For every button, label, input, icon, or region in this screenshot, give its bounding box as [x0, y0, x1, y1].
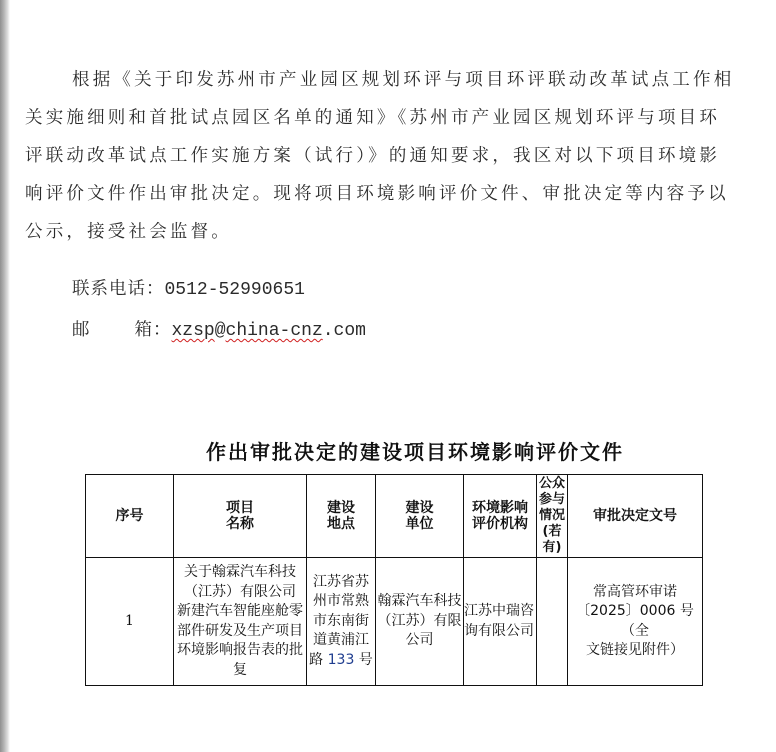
cell-eia-agency: 江苏中瑞咨 询有限公司	[464, 558, 537, 686]
header-public-participation: 公众 参与 情况 (若 有)	[537, 475, 568, 558]
header-builder: 建设 单位	[376, 475, 464, 558]
email-label-char-2: 箱：	[135, 320, 172, 340]
eia-approval-table: 序号 项目 名称 建设 地点 建设 单位 环境影响 评价机构 公众 参与 情况 …	[85, 474, 703, 686]
table-row: 1 关于翰霖汽车科技 （江苏）有限公司 新建汽车智能座舱零 部件研发及生产项目 …	[86, 558, 703, 686]
paragraph-line: 评联动改革试点工作实施方案（试行）》的通知要求，我区对以下项目环境影	[25, 138, 725, 174]
header-project-name: 项目 名称	[174, 475, 307, 558]
paragraph-line: 响评价文件作出审批决定。现将项目环境影响评价文件、审批决定等内容予以	[25, 176, 725, 212]
cell-public-participation	[537, 558, 568, 686]
cell-location: 江苏省苏 州市常熟 市东南街 道黄浦江 路 133 号	[307, 558, 376, 686]
email-address[interactable]: xzsp@china-cnz.com	[172, 321, 366, 341]
header-location: 建设 地点	[307, 475, 376, 558]
paragraph-line: 根据《关于印发苏州市产业园区规划环评与项目环评联动改革试点工作相	[72, 62, 772, 98]
cell-project-name: 关于翰霖汽车科技 （江苏）有限公司 新建汽车智能座舱零 部件研发及生产项目 环境…	[174, 558, 307, 686]
header-seq: 序号	[86, 475, 174, 558]
table-header-row: 序号 项目 名称 建设 地点 建设 单位 环境影响 评价机构 公众 参与 情况 …	[86, 475, 703, 558]
page-edge-shadow	[0, 0, 10, 752]
cell-builder: 翰霖汽车科技 （江苏）有限 公司	[376, 558, 464, 686]
table-title: 作出审批决定的建设项目环境影响评价文件	[0, 436, 776, 465]
paragraph-line: 公示，接受社会监督。	[25, 214, 725, 250]
email-domain: china-cnz	[226, 321, 323, 341]
contact-email: 邮箱：xzsp@china-cnz.com	[72, 316, 366, 341]
cell-approval-number: 常高管环审诺 〔2025〕0006 号（全 文链接见附件）	[568, 558, 703, 686]
email-label-char-1: 邮	[72, 320, 91, 340]
header-approval-number: 审批决定文号	[568, 475, 703, 558]
email-user: xzsp	[172, 321, 215, 341]
paragraph-line: 关实施细则和首批试点园区名单的通知》《苏州市产业园区规划环评与项目环	[25, 100, 725, 136]
email-at: @	[215, 321, 226, 341]
cell-seq: 1	[86, 558, 174, 686]
contact-phone: 联系电话：0512-52990651	[72, 275, 305, 300]
phone-number: 0512-52990651	[165, 280, 305, 300]
email-tld: .com	[323, 321, 366, 341]
phone-label: 联系电话：	[72, 279, 165, 299]
header-eia-agency: 环境影响 评价机构	[464, 475, 537, 558]
